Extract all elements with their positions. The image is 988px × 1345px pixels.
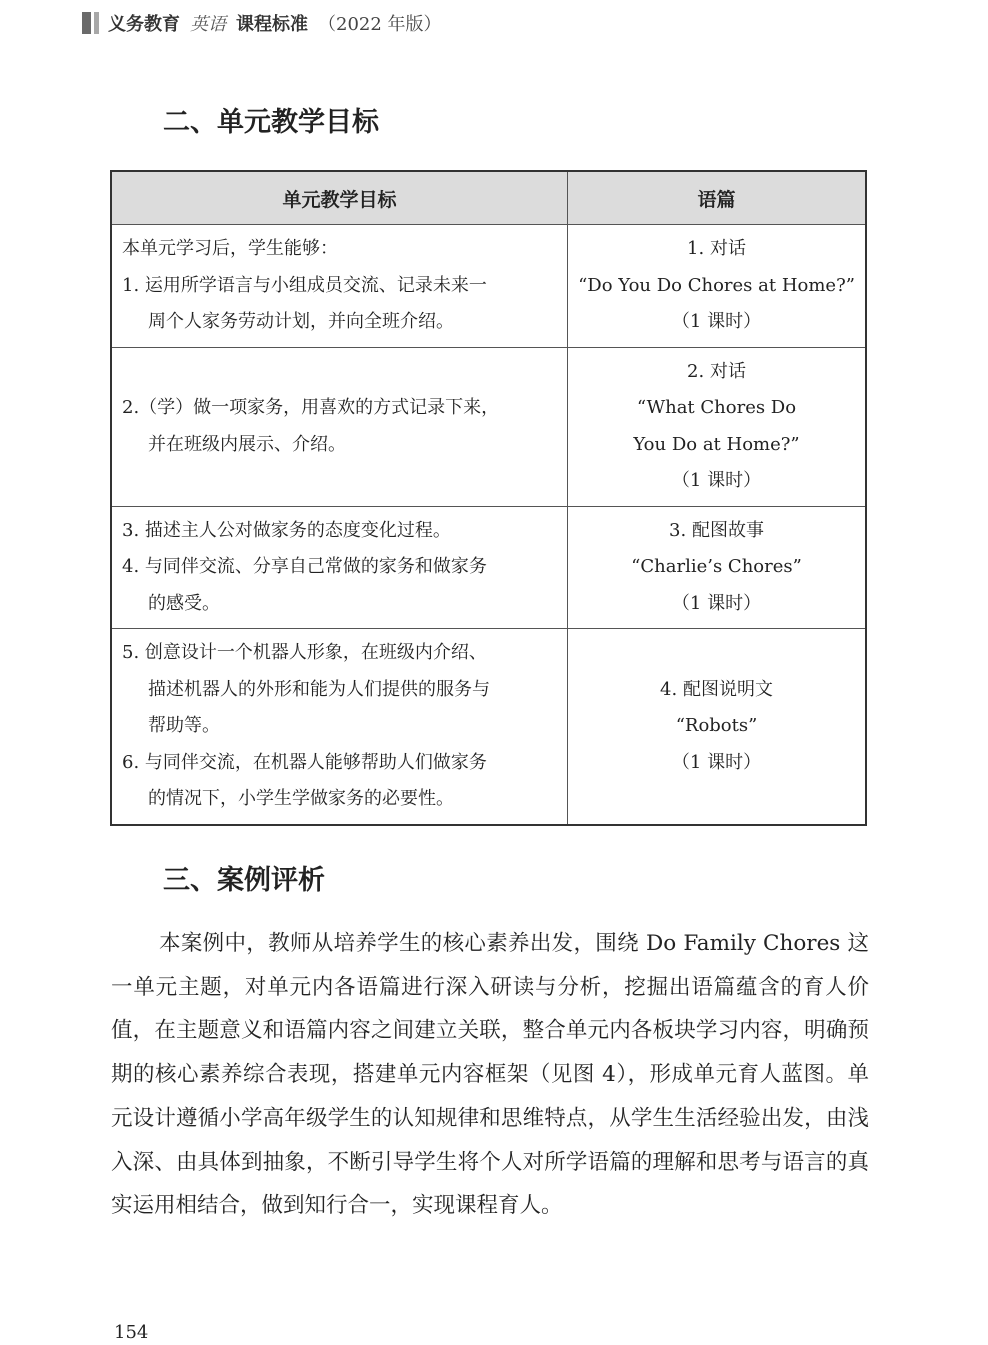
case-review-paragraph: 本案例中，教师从培养学生的核心素养出发，围绕 Do Family Chores … [111,922,869,1228]
text-line: （1 课时） [578,745,855,782]
text-cell: 2. 对话“What Chores DoYou Do at Home?”（1 课… [568,347,867,506]
goal-line: 的感受。 [122,586,557,623]
running-head-standard: 课程标准 [236,10,308,36]
text-line: （1 课时） [578,463,855,500]
text-cell: 1. 对话“Do You Do Chores at Home?”（1 课时） [568,225,867,348]
goal-line: 的情况下，小学生学做家务的必要性。 [122,781,557,818]
goal-cell: 本单元学习后，学生能够：1. 运用所学语言与小组成员交流、记录未来一周个人家务劳… [111,225,568,348]
table-row: 3. 描述主人公对做家务的态度变化过程。4. 与同伴交流、分享自己常做的家务和做… [111,506,866,629]
table-header-row: 单元教学目标 语篇 [111,171,866,225]
unit-goals-table: 单元教学目标 语篇 本单元学习后，学生能够：1. 运用所学语言与小组成员交流、记… [110,170,867,826]
header-texts: 语篇 [568,171,867,225]
header-goals: 单元教学目标 [111,171,568,225]
text-line: “Robots” [578,708,855,745]
paragraph-text: 本案例中，教师从培养学生的核心素养出发，围绕 Do Family Chores … [111,922,869,1228]
goal-line: 5. 创意设计一个机器人形象，在班级内介绍、 [122,635,557,672]
goal-line: 帮助等。 [122,708,557,745]
text-line: “Do You Do Chores at Home?” [578,268,855,305]
text-line: 1. 对话 [578,231,855,268]
goal-line: 并在班级内展示、介绍。 [122,427,557,464]
text-line: “What Chores Do [578,390,855,427]
text-line: （1 课时） [578,304,855,341]
text-line: 4. 配图说明文 [578,672,855,709]
goal-line: 6. 与同伴交流，在机器人能够帮助人们做家务 [122,745,557,782]
running-head-title: 义务教育 [108,10,180,36]
running-head: 义务教育 英语 课程标准 （2022 年版） [82,10,442,36]
text-cell: 3. 配图故事“Charlie’s Chores”（1 课时） [568,506,867,629]
goal-cell: 5. 创意设计一个机器人形象，在班级内介绍、描述机器人的外形和能为人们提供的服务… [111,629,568,825]
header-bar-light [94,12,99,34]
section-title-unit-goals: 二、单元教学目标 [163,100,379,139]
page-number: 154 [114,1322,148,1343]
running-head-subject: 英语 [190,10,226,36]
table-row: 2.（学）做一项家务，用喜欢的方式记录下来，并在班级内展示、介绍。2. 对话“W… [111,347,866,506]
goal-line: 描述机器人的外形和能为人们提供的服务与 [122,672,557,709]
goal-line: 1. 运用所学语言与小组成员交流、记录未来一 [122,268,557,305]
goal-cell: 3. 描述主人公对做家务的态度变化过程。4. 与同伴交流、分享自己常做的家务和做… [111,506,568,629]
text-cell: 4. 配图说明文“Robots”（1 课时） [568,629,867,825]
text-line: 2. 对话 [578,354,855,391]
text-line: You Do at Home?” [578,427,855,464]
goal-cell: 2.（学）做一项家务，用喜欢的方式记录下来，并在班级内展示、介绍。 [111,347,568,506]
goal-line: 2.（学）做一项家务，用喜欢的方式记录下来， [122,390,557,427]
goal-line: 本单元学习后，学生能够： [122,231,557,268]
text-line: （1 课时） [578,586,855,623]
header-bar-dark [82,12,91,34]
goal-line: 4. 与同伴交流、分享自己常做的家务和做家务 [122,549,557,586]
text-line: “Charlie’s Chores” [578,549,855,586]
goal-line: 周个人家务劳动计划，并向全班介绍。 [122,304,557,341]
running-head-edition: （2022 年版） [318,10,442,36]
goal-line: 3. 描述主人公对做家务的态度变化过程。 [122,513,557,550]
text-line: 3. 配图故事 [578,513,855,550]
table-row: 本单元学习后，学生能够：1. 运用所学语言与小组成员交流、记录未来一周个人家务劳… [111,225,866,348]
table-row: 5. 创意设计一个机器人形象，在班级内介绍、描述机器人的外形和能为人们提供的服务… [111,629,866,825]
section-title-case-review: 三、案例评析 [163,858,325,897]
